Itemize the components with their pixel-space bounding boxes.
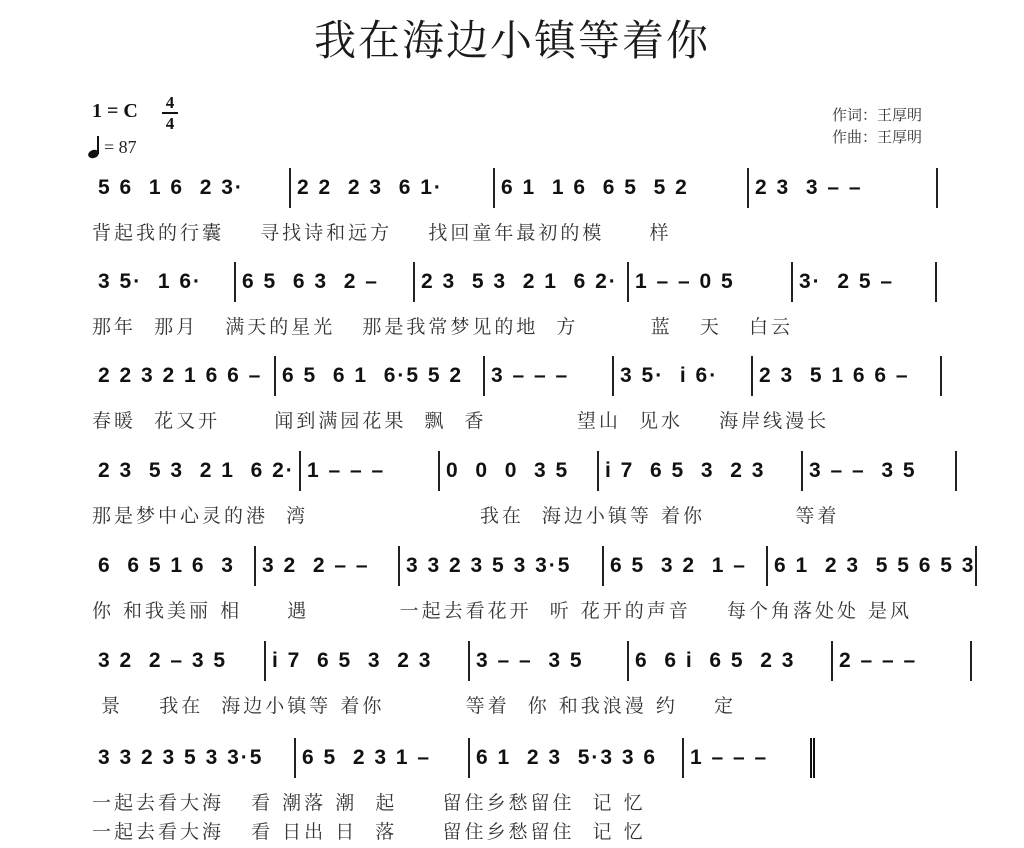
lyrics-line: 春暖 花又开 闻到满园花果 飘 香 望山 见水 海岸线漫长 [92, 406, 962, 433]
measure: 6 6 5 1 6 3 [92, 546, 256, 586]
key-signature: 1 = C [92, 100, 138, 123]
measure: 6 1 2 3 5·3 3 6 [470, 738, 684, 778]
score-row-1: 5 6 1 6 2 3· 2 2 2 3 6 1· 6 1 1 6 6 5 5 … [92, 168, 962, 245]
notation-line: 2 3 5 3 2 1 6 2· 1 – – – 0 0 0 3 5 i 7 6… [92, 451, 962, 491]
notation-line: 6 6 5 1 6 3 3 2 2 – – 3 3 2 3 5 3 3·5 6 … [92, 546, 962, 586]
lyrics-line: 景 我在 海边小镇等 着你 等着 你 和我浪漫 约 定 [92, 691, 962, 718]
measure: 3 – – 3 5 [803, 451, 957, 491]
lyrics-line-verse-2: 一起去看大海 看 日出 日 落 留住乡愁留住 记 忆 [92, 817, 962, 844]
measure: 3 5· i 6· [614, 356, 753, 396]
measure: 6 5 2 3 1 – [296, 738, 470, 778]
measure: 2 3 5 3 2 1 6 2· [415, 262, 629, 302]
tempo-marking: = 87 [88, 136, 137, 158]
lyricist: 作词：王厚明 [832, 104, 922, 126]
score-row-7: 3 3 2 3 5 3 3·5 6 5 2 3 1 – 6 1 2 3 5·3 … [92, 738, 962, 844]
notation-line: 3 2 2 – 3 5 i 7 6 5 3 2 3 3 – – 3 5 6 6 … [92, 641, 962, 681]
measure: 3 2 2 – – [256, 546, 400, 586]
composer: 作曲：王厚明 [832, 126, 922, 148]
measure: 3 3 2 3 5 3 3·5 [400, 546, 604, 586]
measure: 2 – – – [833, 641, 972, 681]
time-signature-bottom: 4 [162, 115, 178, 132]
lyrics-line: 你 和我美丽 相 遇 一起去看花开 听 花开的声音 每个角落处处 是风 [92, 596, 962, 623]
tempo-value: = 87 [104, 137, 137, 158]
measure: 6 5 3 2 1 – [604, 546, 768, 586]
notation-line: 5 6 1 6 2 3· 2 2 2 3 6 1· 6 1 1 6 6 5 5 … [92, 168, 962, 208]
time-signature: 4 4 [162, 94, 178, 132]
measure: 1 – – – [301, 451, 440, 491]
lyrics-line: 背起我的行囊 寻找诗和远方 找回童年最初的模 样 [92, 218, 962, 245]
measure: 2 2 3 2 1 6 6 – [92, 356, 276, 396]
measure: 6 5 6 3 2 – [236, 262, 415, 302]
measure: 2 3 5 1 6 6 – [753, 356, 942, 396]
notation-line: 2 2 3 2 1 6 6 – 6 5 6 1 6·5 5 2 3 – – – … [92, 356, 962, 396]
credits: 作词：王厚明 作曲：王厚明 [832, 104, 922, 148]
notation-line: 3 5· 1 6· 6 5 6 3 2 – 2 3 5 3 2 1 6 2· 1… [92, 262, 962, 302]
lyrics-line-verse-1: 一起去看大海 看 潮落 潮 起 留住乡愁留住 记 忆 [92, 788, 962, 815]
lyrics-line: 那是梦中心灵的港 湾 我在 海边小镇等 着你 等着 [92, 501, 962, 528]
score-row-6: 3 2 2 – 3 5 i 7 6 5 3 2 3 3 – – 3 5 6 6 … [92, 641, 962, 718]
measure: 3 – – 3 5 [470, 641, 629, 681]
measure: 1 – – 0 5 [629, 262, 793, 302]
measure: 5 6 1 6 2 3· [92, 168, 291, 208]
time-signature-top: 4 [162, 94, 178, 111]
lyrics-line: 那年 那月 满天的星光 那是我常梦见的地 方 蓝 天 白云 [92, 312, 962, 339]
notation-line: 3 3 2 3 5 3 3·5 6 5 2 3 1 – 6 1 2 3 5·3 … [92, 738, 962, 778]
measure: 3 3 2 3 5 3 3·5 [92, 738, 296, 778]
measure: 2 3 5 3 2 1 6 2· [92, 451, 301, 491]
measure: 3 – – – [485, 356, 614, 396]
measure: 2 3 3 – – [749, 168, 938, 208]
quarter-note-icon [88, 136, 100, 158]
measure: 0 0 0 3 5 [440, 451, 599, 491]
measure: 2 2 2 3 6 1· [291, 168, 495, 208]
score-row-5: 6 6 5 1 6 3 3 2 2 – – 3 3 2 3 5 3 3·5 6 … [92, 546, 962, 623]
measure: 3 5· 1 6· [92, 262, 236, 302]
score-row-2: 3 5· 1 6· 6 5 6 3 2 – 2 3 5 3 2 1 6 2· 1… [92, 262, 962, 339]
final-measure: 1 – – – [684, 738, 815, 778]
song-title: 我在海边小镇等着你 [0, 8, 1024, 68]
measure: i 7 6 5 3 2 3 [266, 641, 470, 681]
score-row-3: 2 2 3 2 1 6 6 – 6 5 6 1 6·5 5 2 3 – – – … [92, 356, 962, 433]
measure: 6 1 2 3 5 5 6 5 3 [768, 546, 977, 586]
measure: 3· 2 5 – [793, 262, 937, 302]
measure: 6 1 1 6 6 5 5 2 [495, 168, 749, 208]
measure: 6 6 i 6 5 2 3 [629, 641, 833, 681]
measure: i 7 6 5 3 2 3 [599, 451, 803, 491]
measure: 3 2 2 – 3 5 [92, 641, 266, 681]
measure: 6 5 6 1 6·5 5 2 [276, 356, 485, 396]
score-row-4: 2 3 5 3 2 1 6 2· 1 – – – 0 0 0 3 5 i 7 6… [92, 451, 962, 528]
